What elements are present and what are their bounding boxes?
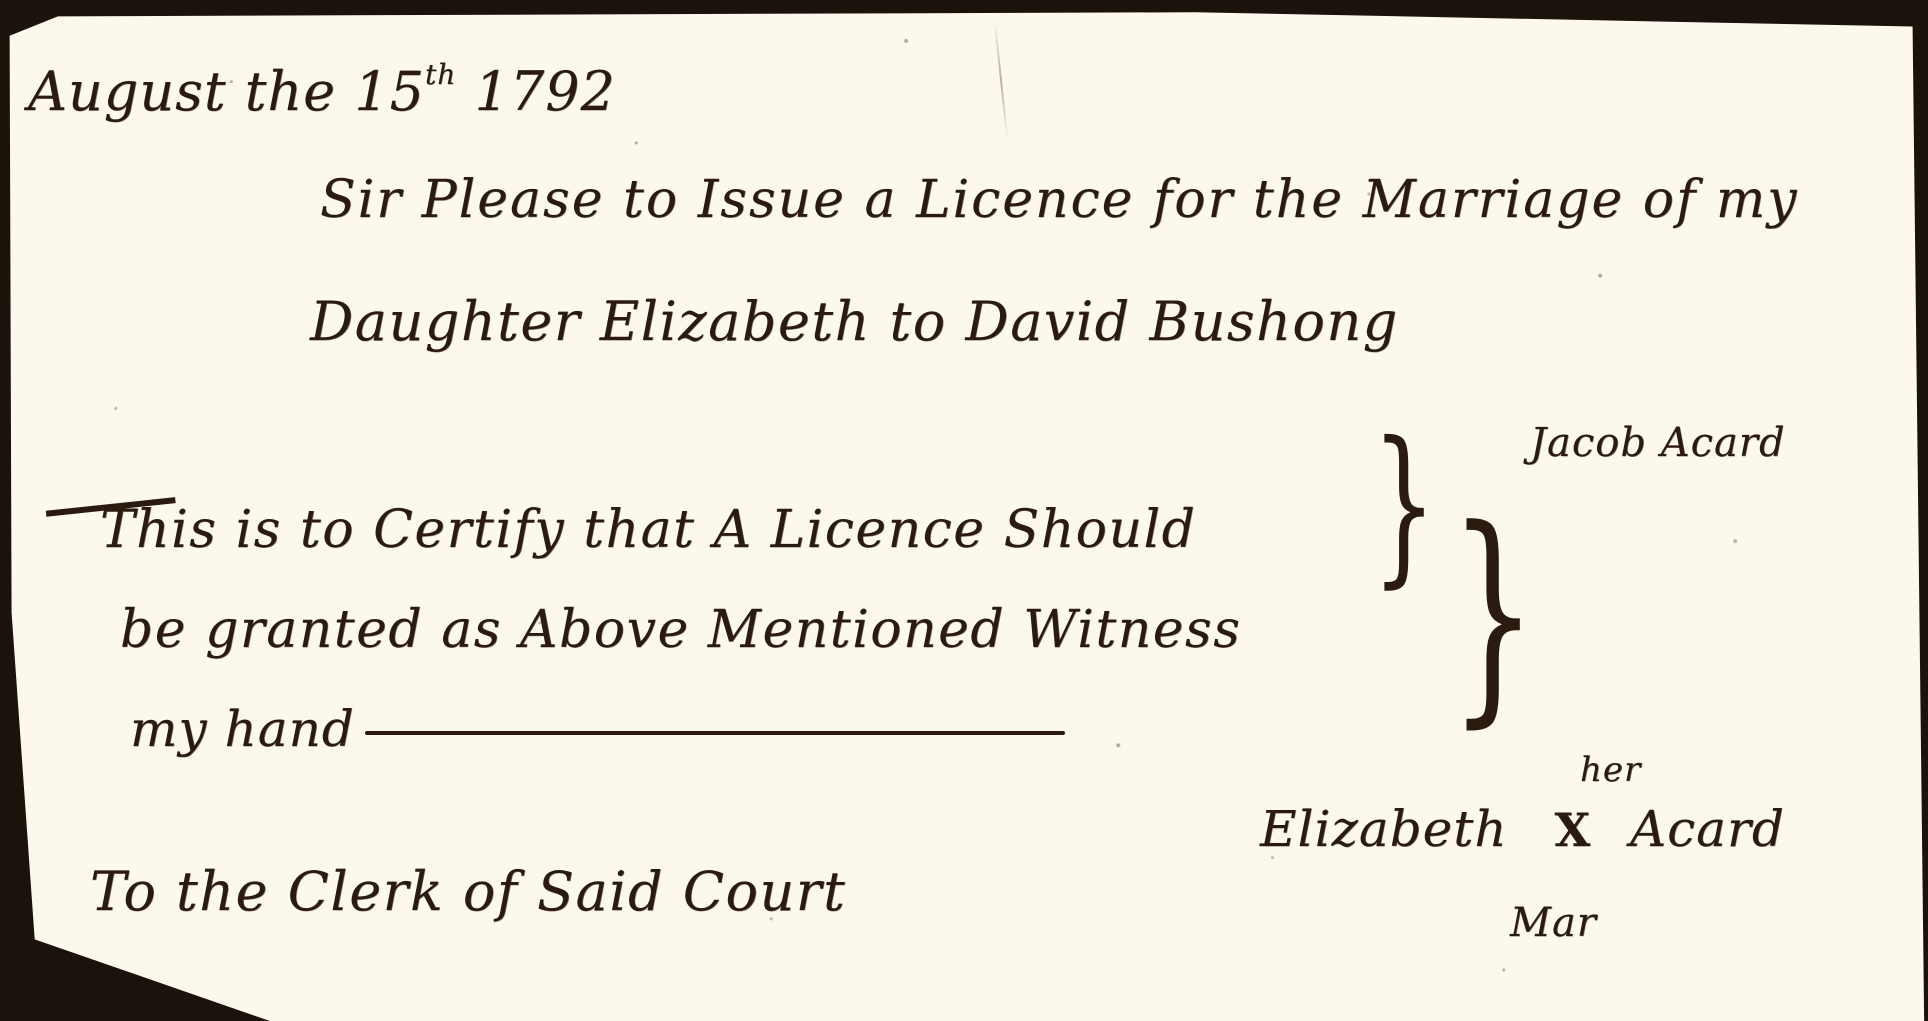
- mother-last-name: Acard: [1630, 800, 1785, 858]
- paper-fold-mark: [994, 20, 1009, 140]
- date-prefix: August the 15: [28, 60, 425, 123]
- request-line-1: Sir Please to Issue a Licence for the Ma…: [320, 170, 1799, 230]
- brace-lower: }: [1449, 500, 1537, 730]
- scanned-document: August the 15th 1792 Sir Please to Issue…: [0, 0, 1928, 1021]
- certification-line-3: my hand: [130, 700, 1065, 758]
- certification-line-3-text: my hand: [130, 700, 355, 758]
- signature-mark-x: X: [1554, 803, 1591, 857]
- mark-label-mark: Mar: [1510, 900, 1597, 946]
- mother-first-name: Elizabeth: [1260, 800, 1508, 858]
- brace-upper: }: [1372, 420, 1437, 590]
- date-ordinal: th: [425, 58, 456, 91]
- mother-signature: Elizabeth her X Acard Mar: [1260, 800, 1785, 858]
- paper-sheet: August the 15th 1792 Sir Please to Issue…: [0, 0, 1928, 1021]
- signature-rule: [365, 731, 1065, 735]
- address-line: To the Clerk of Said Court: [90, 860, 846, 923]
- father-signature: Jacob Acard: [1530, 420, 1786, 466]
- certification-line-1: This is to Certify that A Licence Should: [100, 500, 1196, 560]
- date-line: August the 15th 1792: [28, 58, 616, 123]
- request-line-2: Daughter Elizabeth to David Bushong: [310, 290, 1399, 353]
- mark-label-her: her: [1580, 750, 1641, 790]
- date-year: 1792: [474, 60, 615, 123]
- certification-line-2: be granted as Above Mentioned Witness: [120, 600, 1241, 660]
